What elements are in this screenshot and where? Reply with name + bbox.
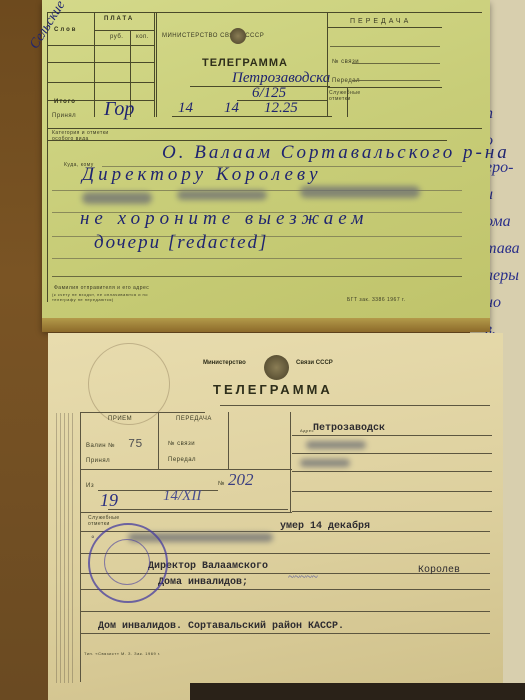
table-line — [220, 405, 490, 406]
table-line — [228, 412, 229, 469]
table-line — [94, 30, 154, 31]
ministry-header-left: Министерство — [203, 360, 246, 366]
payment-label: ПЛАТА — [104, 16, 134, 22]
ussr-emblem-icon — [230, 28, 246, 44]
field-line — [108, 509, 288, 510]
print-info: Тип. «Связист» М. З. Зак. 1969 г. — [84, 651, 161, 656]
transmitted-label: Передал — [168, 457, 196, 463]
letter-fragment: аеры — [485, 262, 525, 289]
rub-label: руб. — [110, 34, 123, 40]
date-day-value: 19 — [100, 490, 118, 511]
reception-number-label: Валин № — [86, 443, 115, 449]
telegram-title: ТЕЛЕГРАММА — [213, 382, 333, 397]
letter-fragment: и — [485, 181, 525, 208]
letter-fragment: п — [485, 100, 525, 127]
message-line-rule — [52, 258, 462, 259]
field-line — [292, 471, 492, 472]
message-line-1-visible: умер 14 декабря — [280, 521, 370, 532]
table-line — [94, 12, 95, 117]
transmission-header: ПЕРЕДАЧА — [350, 18, 411, 25]
table-line — [80, 469, 292, 470]
field-line — [330, 46, 440, 47]
table-line — [47, 128, 482, 129]
table-line — [47, 62, 154, 63]
address-label: Адрес — [300, 428, 314, 433]
message-line-4: не хороните выезжаем — [80, 208, 368, 230]
print-info: БГТ зак. 3386 1967 г. — [347, 297, 406, 303]
telegram-top: Слов ПЛАТА руб. коп. Итого Принял Гор Се… — [42, 0, 490, 330]
date-day-value: 14 — [178, 100, 193, 117]
redacted-text — [177, 190, 267, 200]
total-label: Итого — [54, 99, 76, 105]
telegram-title: ТЕЛЕГРАММА — [202, 57, 288, 69]
date-month-value: 14/XII — [163, 488, 201, 505]
table-line — [52, 276, 462, 277]
message-line-2: Директору Королеву — [82, 164, 322, 186]
table-line — [80, 412, 81, 682]
letter-fragment: тава — [485, 235, 525, 262]
reception-accepted-label: Принял — [86, 458, 110, 464]
telegram-bottom: Министерство Связи СССР ТЕЛЕГРАММА ПРИЕМ… — [48, 333, 503, 700]
message-line-5: дочери [redacted] — [94, 232, 268, 254]
sender-note: (к счету не входят, не оплачиваются и по… — [52, 292, 162, 302]
vertical-fine-print — [56, 413, 74, 683]
background-letter-handwriting: п о еро- и ома тава аеры но в. у. — [485, 100, 525, 370]
redacted-text — [82, 192, 152, 204]
signature-value: Королев — [418, 565, 460, 576]
field-line — [352, 80, 440, 81]
table-line — [80, 512, 292, 513]
message-line-1: О. Валаам Сортавальского р-на — [162, 142, 510, 164]
table-line — [290, 412, 291, 512]
service-notes-label: Служебные отметки — [329, 90, 345, 102]
transmission-header: ПЕРЕДАЧА — [176, 416, 212, 422]
table-line — [158, 412, 159, 469]
redacted-text — [300, 459, 350, 467]
accepted-label: Принял — [52, 113, 76, 119]
table-line — [156, 12, 157, 117]
table-line — [47, 82, 154, 83]
kop-label: коп. — [136, 34, 149, 40]
message-line-4: Дома инвалидов; — [158, 577, 248, 588]
table-line — [80, 412, 205, 413]
date-time-value: 12.25 — [264, 100, 298, 117]
field-line — [292, 511, 492, 512]
accepted-by-value: Гор — [104, 98, 134, 121]
ministry-header: МИНИСТЕРСТВО СВЯЗИ СССР — [162, 33, 264, 39]
official-stamp-inner-ring — [104, 539, 150, 585]
table-line — [154, 12, 155, 117]
channel-label: № связи — [168, 441, 195, 447]
message-line-rule — [80, 633, 490, 634]
sender-address-label: Фамилия отправителя и его адрес — [54, 285, 149, 291]
redacted-text — [300, 186, 420, 198]
number-label: № — [218, 481, 225, 487]
field-line — [292, 491, 492, 492]
transmitted-label: Передал — [332, 78, 360, 84]
dark-object-bottom — [190, 683, 525, 700]
ussr-emblem-icon — [264, 355, 289, 380]
table-line — [327, 27, 442, 28]
table-line — [47, 45, 154, 46]
ministry-header-right: Связи СССР — [296, 360, 333, 366]
letter-fragment: ома — [485, 208, 525, 235]
number-value: 202 — [228, 470, 254, 490]
channel-label: № связи — [332, 59, 359, 65]
reception-header: ПРИЕМ — [108, 416, 132, 422]
field-line — [292, 453, 492, 454]
address-value: Петрозаводск — [313, 423, 385, 434]
field-line — [172, 116, 332, 117]
from-label: Из — [86, 483, 94, 489]
field-line — [352, 63, 440, 64]
frame-line — [47, 12, 48, 302]
letter-fragment: но — [485, 289, 525, 316]
redacted-text — [306, 441, 366, 449]
words-label: Слов — [54, 27, 77, 33]
frame-line — [47, 12, 482, 13]
table-line — [47, 140, 447, 141]
message-line-5: Дом инвалидов. Сортавальский район КАССР… — [98, 621, 344, 632]
message-line-rule — [80, 611, 490, 612]
field-line — [292, 435, 492, 436]
handwritten-scribble: ~~~~~ — [288, 571, 318, 583]
table-line — [327, 87, 442, 88]
date-month-value: 14 — [224, 100, 239, 117]
telegram-top-edge — [42, 318, 490, 332]
reception-number-value: 75 — [128, 437, 142, 451]
